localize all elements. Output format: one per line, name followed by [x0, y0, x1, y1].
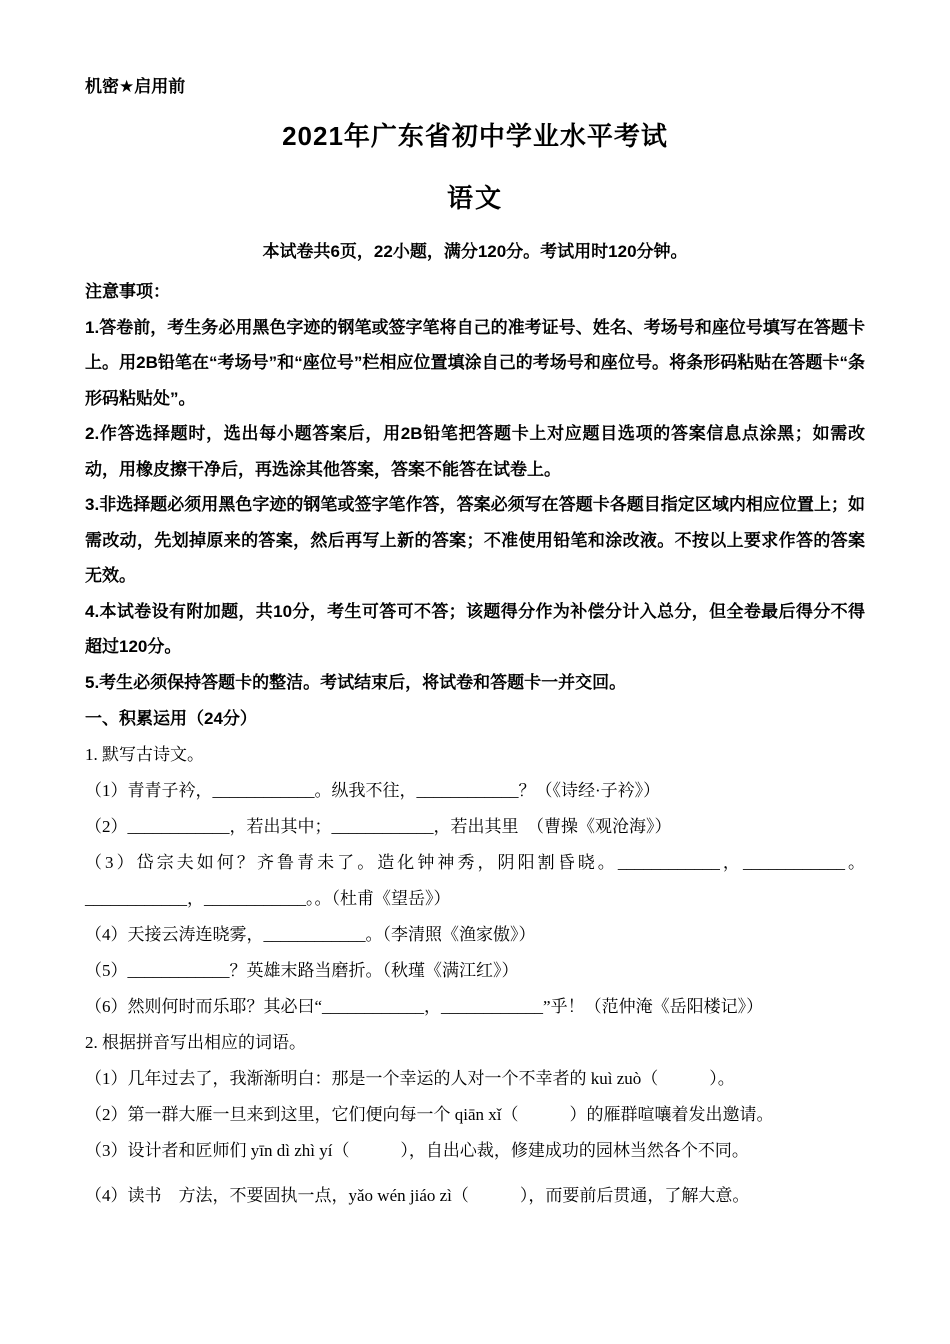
notice-item-4: 4.本试卷设有附加题，共10分，考生可答可不答；该题得分作为补偿分计入总分，但全… [85, 594, 865, 665]
notices-section: 注意事项： 1.答卷前，考生务必用黑色字迹的钢笔或签字笔将自己的准考证号、姓名、… [85, 274, 865, 700]
exam-subject: 语文 [85, 182, 865, 214]
confidential-label: 机密★启用前 [85, 76, 865, 98]
question-2-stem: 2. 根据拼音写出相应的词语。 [85, 1025, 865, 1061]
question-1-item-2: （2）____________，若出其中；____________，若出其里 （… [85, 809, 865, 845]
notice-item-2: 2.作答选择题时，选出每小题答案后，用2B铅笔把答题卡上对应题目选项的答案信息点… [85, 416, 865, 487]
question-1-item-5: （5）____________？英雄末路当磨折。（秋瑾《满江红》） [85, 953, 865, 989]
notice-item-1: 1.答卷前，考生务必用黑色字迹的钢笔或签字笔将自己的准考证号、姓名、考场号和座位… [85, 310, 865, 417]
notice-item-5: 5.考生必须保持答题卡的整洁。考试结束后，将试卷和答题卡一并交回。 [85, 665, 865, 701]
notices-heading: 注意事项： [85, 274, 865, 310]
section-1-heading: 一、积累运用（24分） [85, 700, 865, 737]
question-1-item-4: （4）天接云涛连晓雾，____________。（李清照《渔家傲》） [85, 917, 865, 953]
section-accumulation-usage: 一、积累运用（24分） 1. 默写古诗文。 （1）青青子衿，__________… [85, 700, 865, 1214]
question-1-item-6: （6）然则何时而乐耶？其必曰“____________，____________… [85, 989, 865, 1025]
exam-info-line: 本试卷共6页，22小题，满分120分。考试用时120分钟。 [85, 240, 865, 264]
question-1-stem: 1. 默写古诗文。 [85, 737, 865, 773]
question-2-item-2: （2）第一群大雁一旦来到这里，它们便向每一个 qiān xǐ（ ）的雁群喧嚷着发… [85, 1097, 865, 1133]
notice-item-3: 3.非选择题必须用黑色字迹的钢笔或签字笔作答，答案必须写在答题卡各题目指定区域内… [85, 487, 865, 594]
question-1-item-3: （3）岱宗夫如何？齐鲁青未了。造化钟神秀，阴阳割昏晓。____________，… [85, 845, 865, 917]
question-1-item-1: （1）青青子衿，____________。纵我不往，____________？（… [85, 773, 865, 809]
exam-title: 2021年广东省初中学业水平考试 [85, 120, 865, 152]
exam-paper-page: 机密★启用前 2021年广东省初中学业水平考试 语文 本试卷共6页，22小题，满… [0, 0, 950, 1344]
question-2-item-1: （1）几年过去了，我渐渐明白：那是一个幸运的人对一个不幸者的 kuì zuò（ … [85, 1061, 865, 1097]
question-2-item-3: （3）设计者和匠师们 yīn dì zhì yí（ ），自出心裁，修建成功的园林… [85, 1133, 865, 1169]
question-2-item-4: （4）读书 方法，不要固执一点，yǎo wén jiáo zì（ ），而要前后贯… [85, 1178, 865, 1214]
